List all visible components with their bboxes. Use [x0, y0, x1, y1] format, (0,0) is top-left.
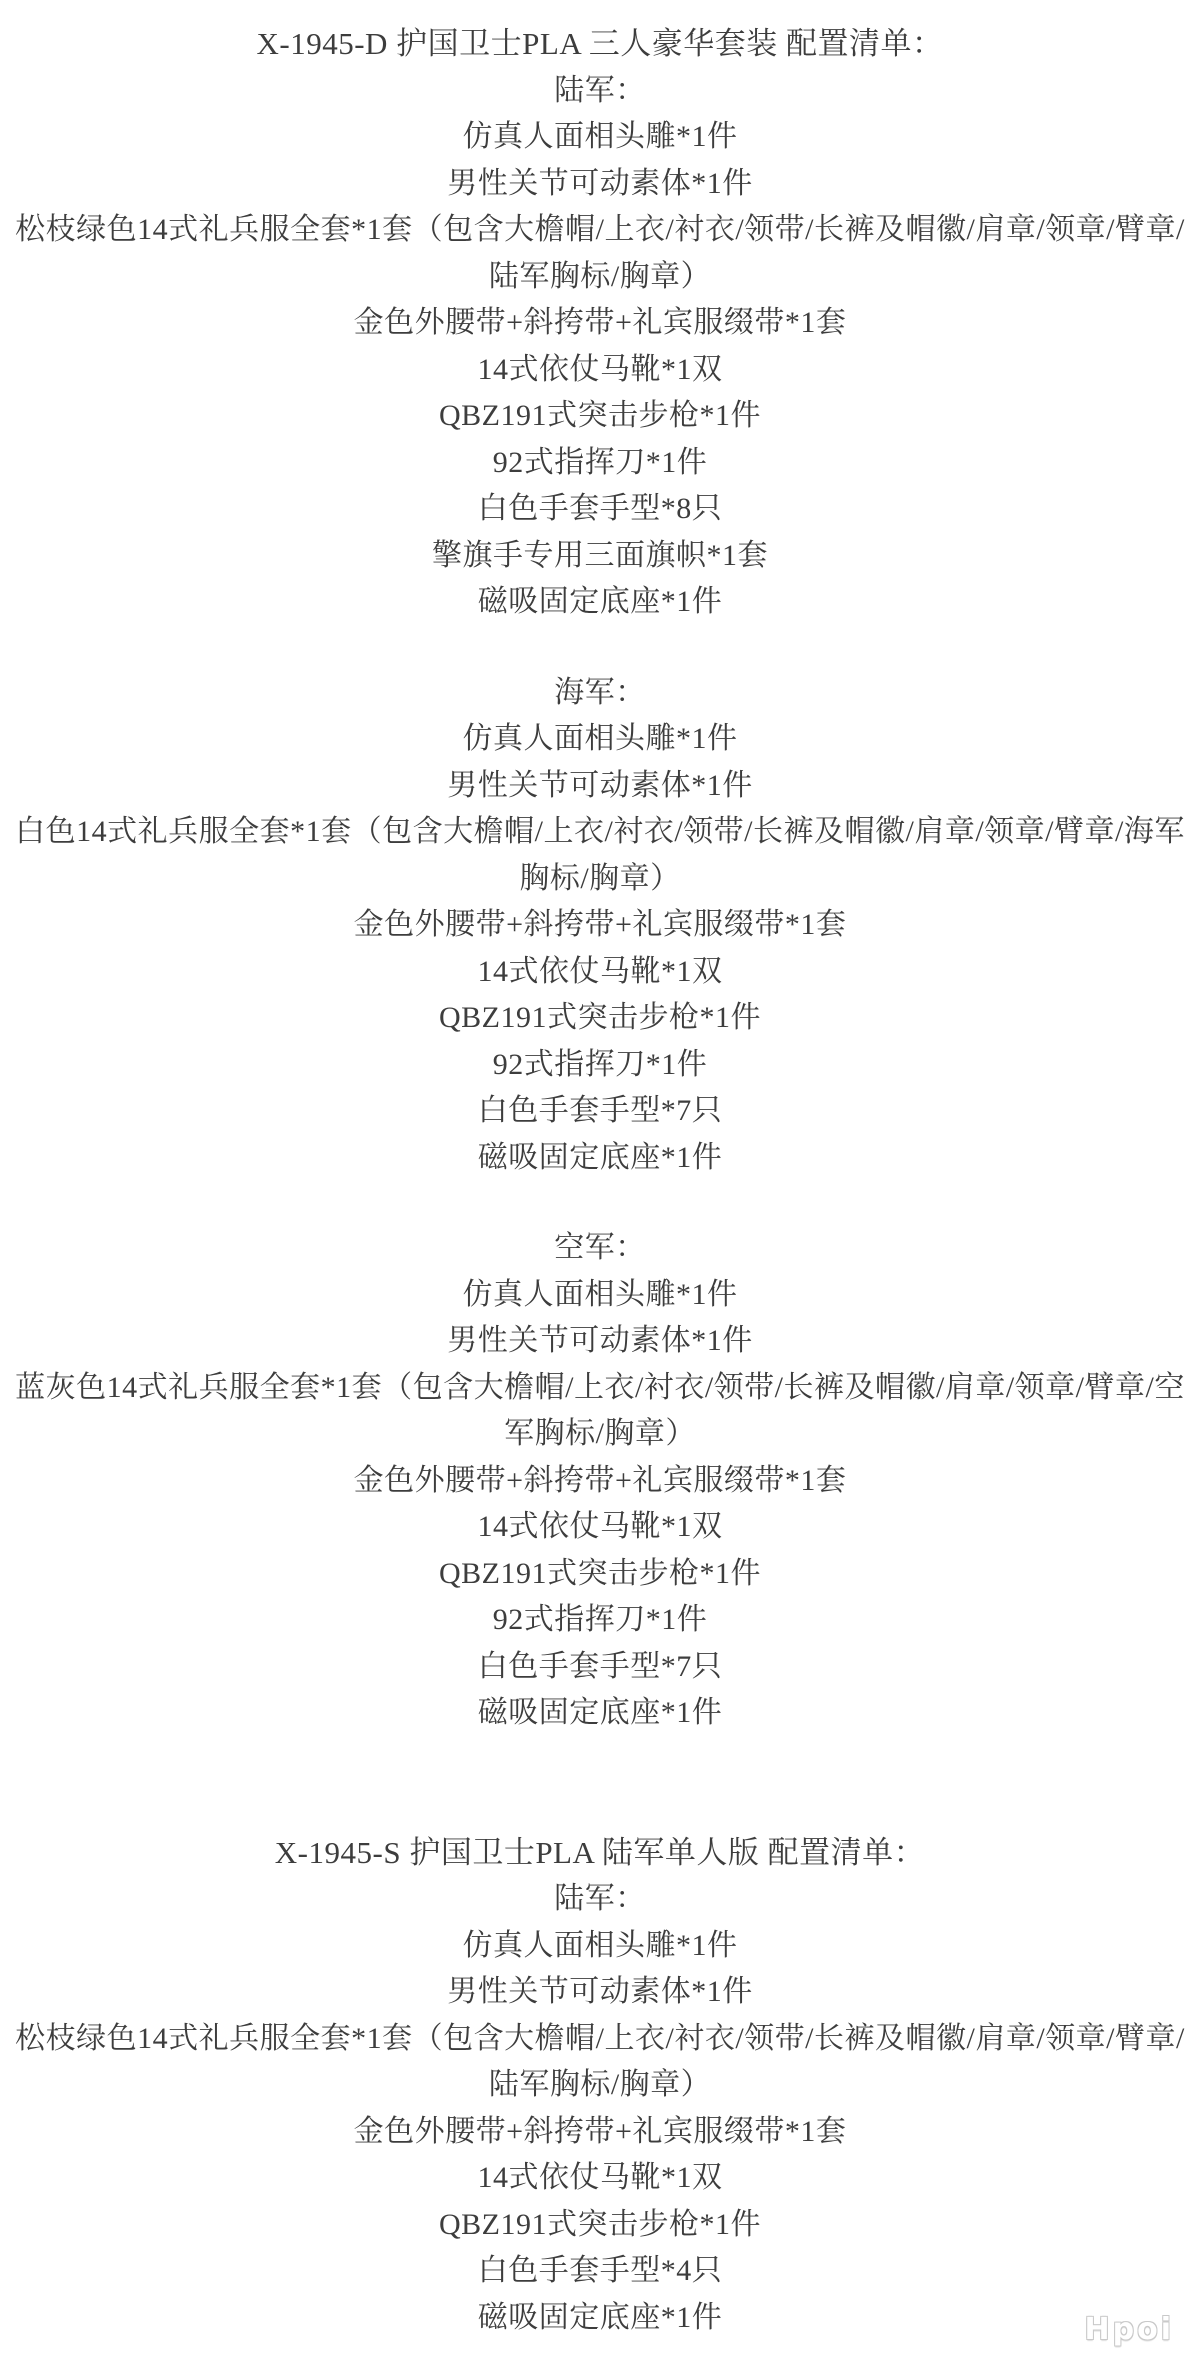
config-item-line: 磁吸固定底座*1件 — [0, 579, 1200, 626]
config-item-line: 金色外腰带+斜挎带+礼宾服缀带*1套 — [0, 902, 1200, 949]
group-header: 陆军： — [0, 68, 1200, 115]
config-item-line: 金色外腰带+斜挎带+礼宾服缀带*1套 — [0, 1458, 1200, 1505]
config-item-line: 磁吸固定底座*1件 — [0, 1690, 1200, 1737]
config-item-line: 白色手套手型*7只 — [0, 1644, 1200, 1691]
config-item-line: 仿真人面相头雕*1件 — [0, 1923, 1200, 1970]
config-item-line: 92式指挥刀*1件 — [0, 1042, 1200, 1089]
config-item-line: 男性关节可动素体*1件 — [0, 763, 1200, 810]
config-item-line: 陆军胸标/胸章） — [0, 254, 1200, 301]
config-item-line: 军胸标/胸章） — [0, 1411, 1200, 1458]
config-document: X-1945-D 护国卫士PLA 三人豪华套装 配置清单：陆军：仿真人面相头雕*… — [0, 0, 1200, 2341]
service-branch-group: 陆军：仿真人面相头雕*1件男性关节可动素体*1件松枝绿色14式礼兵服全套*1套（… — [0, 1876, 1200, 2341]
config-item-line: 男性关节可动素体*1件 — [0, 1318, 1200, 1365]
service-branch-group: 空军：仿真人面相头雕*1件男性关节可动素体*1件蓝灰色14式礼兵服全套*1套（包… — [0, 1225, 1200, 1737]
config-item-line: 擎旗手专用三面旗帜*1套 — [0, 533, 1200, 580]
config-item-line: 白色手套手型*8只 — [0, 486, 1200, 533]
group-header: 空军： — [0, 1225, 1200, 1272]
config-item-line: 14式依仗马靴*1双 — [0, 347, 1200, 394]
config-item-line: 白色手套手型*7只 — [0, 1088, 1200, 1135]
config-item-line: QBZ191式突击步枪*1件 — [0, 1551, 1200, 1598]
config-item-line: 白色手套手型*4只 — [0, 2248, 1200, 2295]
config-item-line: 14式依仗马靴*1双 — [0, 949, 1200, 996]
config-item-line: 松枝绿色14式礼兵服全套*1套（包含大檐帽/上衣/衬衣/领带/长裤及帽徽/肩章/… — [0, 2016, 1200, 2063]
config-item-line: 仿真人面相头雕*1件 — [0, 114, 1200, 161]
config-item-line: QBZ191式突击步枪*1件 — [0, 2202, 1200, 2249]
config-item-line: 14式依仗马靴*1双 — [0, 1504, 1200, 1551]
service-branch-group: 海军：仿真人面相头雕*1件男性关节可动素体*1件白色14式礼兵服全套*1套（包含… — [0, 670, 1200, 1182]
config-item-line: 男性关节可动素体*1件 — [0, 161, 1200, 208]
config-item-line: 松枝绿色14式礼兵服全套*1套（包含大檐帽/上衣/衬衣/领带/长裤及帽徽/肩章/… — [0, 207, 1200, 254]
config-item-line: QBZ191式突击步枪*1件 — [0, 393, 1200, 440]
config-item-line: QBZ191式突击步枪*1件 — [0, 995, 1200, 1042]
hpoi-watermark: Hpoi — [1085, 2312, 1174, 2347]
config-item-line: 14式依仗马靴*1双 — [0, 2155, 1200, 2202]
config-item-line: 仿真人面相头雕*1件 — [0, 1272, 1200, 1319]
group-header: 陆军： — [0, 1876, 1200, 1923]
config-section: X-1945-S 护国卫士PLA 陆军单人版 配置清单：陆军：仿真人面相头雕*1… — [0, 1830, 1200, 2342]
config-item-line: 磁吸固定底座*1件 — [0, 2295, 1200, 2342]
config-item-line: 金色外腰带+斜挎带+礼宾服缀带*1套 — [0, 2109, 1200, 2156]
service-branch-group: 陆军：仿真人面相头雕*1件男性关节可动素体*1件松枝绿色14式礼兵服全套*1套（… — [0, 68, 1200, 626]
config-item-line: 男性关节可动素体*1件 — [0, 1969, 1200, 2016]
config-item-line: 白色14式礼兵服全套*1套（包含大檐帽/上衣/衬衣/领带/长裤及帽徽/肩章/领章… — [0, 809, 1200, 856]
config-item-line: 92式指挥刀*1件 — [0, 440, 1200, 487]
config-item-line: 92式指挥刀*1件 — [0, 1597, 1200, 1644]
config-item-line: 胸标/胸章） — [0, 856, 1200, 903]
config-item-line: 陆军胸标/胸章） — [0, 2062, 1200, 2109]
config-item-line: 蓝灰色14式礼兵服全套*1套（包含大檐帽/上衣/衬衣/领带/长裤及帽徽/肩章/领… — [0, 1365, 1200, 1412]
config-item-line: 磁吸固定底座*1件 — [0, 1135, 1200, 1182]
section-title: X-1945-D 护国卫士PLA 三人豪华套装 配置清单： — [0, 21, 1200, 68]
config-item-line: 金色外腰带+斜挎带+礼宾服缀带*1套 — [0, 300, 1200, 347]
config-section: X-1945-D 护国卫士PLA 三人豪华套装 配置清单：陆军：仿真人面相头雕*… — [0, 21, 1200, 1737]
config-item-line: 仿真人面相头雕*1件 — [0, 716, 1200, 763]
group-header: 海军： — [0, 670, 1200, 717]
section-title: X-1945-S 护国卫士PLA 陆军单人版 配置清单： — [0, 1830, 1200, 1877]
